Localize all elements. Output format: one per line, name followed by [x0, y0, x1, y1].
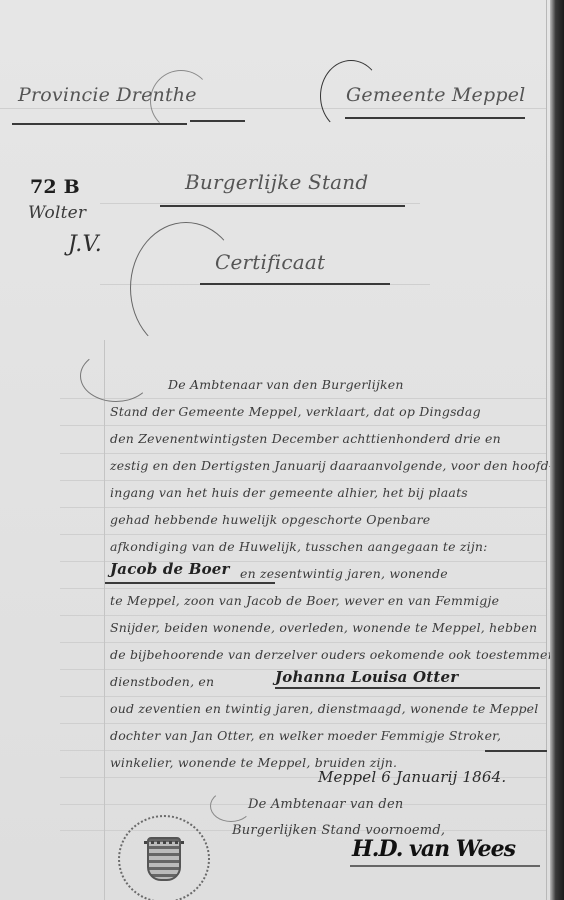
margin-name: Wolter — [28, 203, 86, 223]
closing-line: De Ambtenaar van den — [248, 797, 403, 812]
body-line: den Zevenentwintigsten December achttien… — [110, 431, 501, 446]
ruled-line — [60, 425, 546, 426]
document-page: Provincie Drenthe Gemeente Meppel 72 B W… — [0, 0, 550, 900]
ruled-line — [60, 696, 546, 697]
bride-underline — [275, 687, 540, 689]
body-line: en zesentwintig jaren, wonende — [240, 566, 448, 581]
seal-crown-icon — [144, 831, 184, 844]
ruled-line — [60, 723, 546, 724]
ruled-line — [60, 588, 546, 589]
body-line: ingang van het huis der gemeente alhier,… — [110, 485, 468, 500]
ruled-line — [60, 642, 546, 643]
signature-underline — [350, 865, 540, 867]
body-line: Snijder, beiden wonende, overleden, wone… — [110, 620, 537, 635]
ruled-line — [60, 507, 546, 508]
body-line: oud zeventien en twintig jaren, dienstma… — [110, 701, 538, 716]
certificate-title: Certificaat — [215, 250, 325, 274]
body-line: de bijbehoorende van derzelver ouders oe… — [110, 647, 560, 662]
body-line: gehad hebbende huwelijk opgeschorte Open… — [110, 512, 430, 527]
line-end-dash — [485, 750, 547, 752]
municipality-underline — [345, 117, 525, 119]
section-title: Burgerlijke Stand — [185, 170, 368, 194]
province-label: Provincie Drenthe — [18, 84, 197, 106]
ruled-line — [60, 534, 546, 535]
flourish — [130, 222, 242, 354]
margin-line — [104, 340, 105, 900]
groom-name: Jacob de Boer — [110, 560, 230, 578]
body-line: dochter van Jan Otter, en welker moeder … — [110, 728, 501, 743]
ruled-line — [60, 453, 546, 454]
margin-number: 72 B — [30, 176, 80, 198]
body-line: zestig en den Dertigsten Januarij daaraa… — [110, 458, 553, 473]
groom-underline — [105, 582, 275, 584]
municipality-label: Gemeente Meppel — [346, 84, 525, 106]
ruled-line — [100, 203, 420, 204]
body-line: De Ambtenaar van den Burgerlijken — [168, 377, 404, 392]
certificate-underline — [200, 283, 390, 285]
ruled-line — [60, 750, 546, 751]
body-line: afkondiging van de Huwelijk, tusschen aa… — [110, 539, 488, 554]
ruled-line — [60, 480, 546, 481]
page-edge-line — [546, 0, 547, 900]
body-line: te Meppel, zoon van Jacob de Boer, wever… — [110, 593, 499, 608]
official-signature: H.D. van Wees — [352, 836, 515, 862]
flourish — [210, 790, 252, 822]
page-edge-shadow — [550, 0, 564, 900]
body-line: Stand der Gemeente Meppel, verklaart, da… — [110, 404, 481, 419]
margin-initials: J.V. — [68, 232, 102, 257]
ruled-line — [0, 108, 546, 109]
province-underline — [12, 123, 187, 125]
province-underline-2 — [190, 120, 245, 122]
ruled-line — [60, 615, 546, 616]
section-underline — [160, 205, 405, 207]
municipal-seal — [118, 815, 210, 900]
place-date: Meppel 6 Januarij 1864. — [318, 768, 506, 786]
bride-name: Johanna Louisa Otter — [275, 668, 458, 686]
flourish — [80, 350, 152, 402]
body-line: dienstboden, en — [110, 674, 214, 689]
